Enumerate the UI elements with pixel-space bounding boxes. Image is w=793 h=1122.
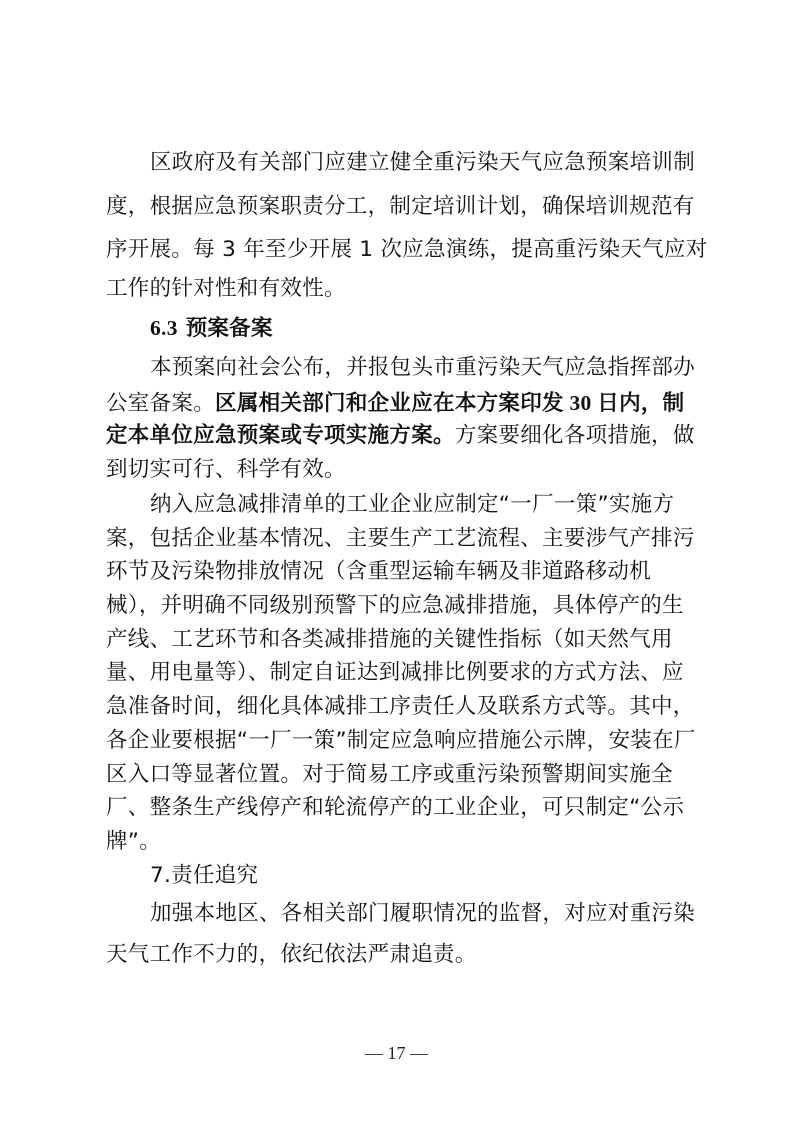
paragraph-line: 加强本地区、各相关部门履职情况的监督，对应对重污染 — [150, 900, 750, 928]
paragraph-line: 到切实可行、科学有效。 — [106, 456, 706, 484]
paragraph-line: 工作的针对性和有效性。 — [106, 275, 706, 303]
bold-number: 30 — [564, 391, 597, 415]
paragraph-line: 定本单位应急预案或专项实施方案。方案要细化各项措施，做 — [106, 422, 706, 450]
bold-text: 定本单位应急预案或专项实施方案。 — [106, 423, 455, 448]
page-number: — 17 — — [0, 1043, 793, 1064]
heading-title: 预案备案 — [186, 316, 273, 341]
paragraph-line: 量、用电量等）、制定自证达到减排比例要求的方式方法、应 — [106, 659, 706, 687]
paragraph-line: 区政府及有关部门应建立健全重污染天气应急预案培训制 — [150, 149, 750, 177]
paragraph-line: 急准备时间，细化具体减排工序责任人及联系方式等。其中， — [106, 693, 706, 721]
section-heading-7: 7.责任追究 — [150, 862, 750, 890]
paragraph-line: 各企业要根据“一厂一策”制定应急响应措施公示牌，安装在厂 — [106, 727, 706, 755]
normal-text: 方案要细化各项措施，做 — [455, 423, 695, 448]
bold-text: 日内，制 — [597, 391, 684, 416]
paragraph-line: 区入口等显著位置。对于简易工序或重污染预警期间实施全 — [106, 761, 706, 789]
paragraph-line: 公室备案。区属相关部门和企业应在本方案印发 30 日内，制 — [106, 389, 706, 417]
paragraph-line: 纳入应急减排清单的工业企业应制定“一厂一策”实施方 — [150, 491, 750, 519]
paragraph-line: 序开展。每 3 年至少开展 1 次应急演练，提高重污染天气应对 — [106, 236, 706, 264]
document-page: 区政府及有关部门应建立健全重污染天气应急预案培训制 度，根据应急预案职责分工，制… — [0, 0, 793, 1122]
paragraph-line: 厂、整条生产线停产和轮流停产的工业企业，可只制定“公示 — [106, 794, 706, 822]
paragraph-line: 械），并明确不同级别预警下的应急减排措施，具体停产的生 — [106, 592, 706, 620]
paragraph-line: 环节及污染物排放情况（含重型运输车辆及非道路移动机 — [106, 558, 706, 586]
paragraph-line: 天气工作不力的，依纪依法严肃追责。 — [106, 941, 706, 969]
paragraph-line: 牌”。 — [106, 828, 706, 856]
paragraph-line: 本预案向社会公布，并报包头市重污染天气应急指挥部办 — [150, 354, 750, 382]
bold-text: 区属相关部门和企业应在本方案印发 — [215, 391, 564, 416]
heading-number: 6.3 — [150, 316, 178, 340]
paragraph-line: 案，包括企业基本情况、主要生产工艺流程、主要涉气产排污 — [106, 525, 706, 553]
section-heading-6-3: 6.3 预案备案 — [150, 314, 750, 342]
normal-text: 公室备案。 — [106, 391, 215, 416]
paragraph-line: 产线、工艺环节和各类减排措施的关键性指标（如天然气用 — [106, 626, 706, 654]
paragraph-line: 度，根据应急预案职责分工，制定培训计划，确保培训规范有 — [106, 193, 706, 221]
